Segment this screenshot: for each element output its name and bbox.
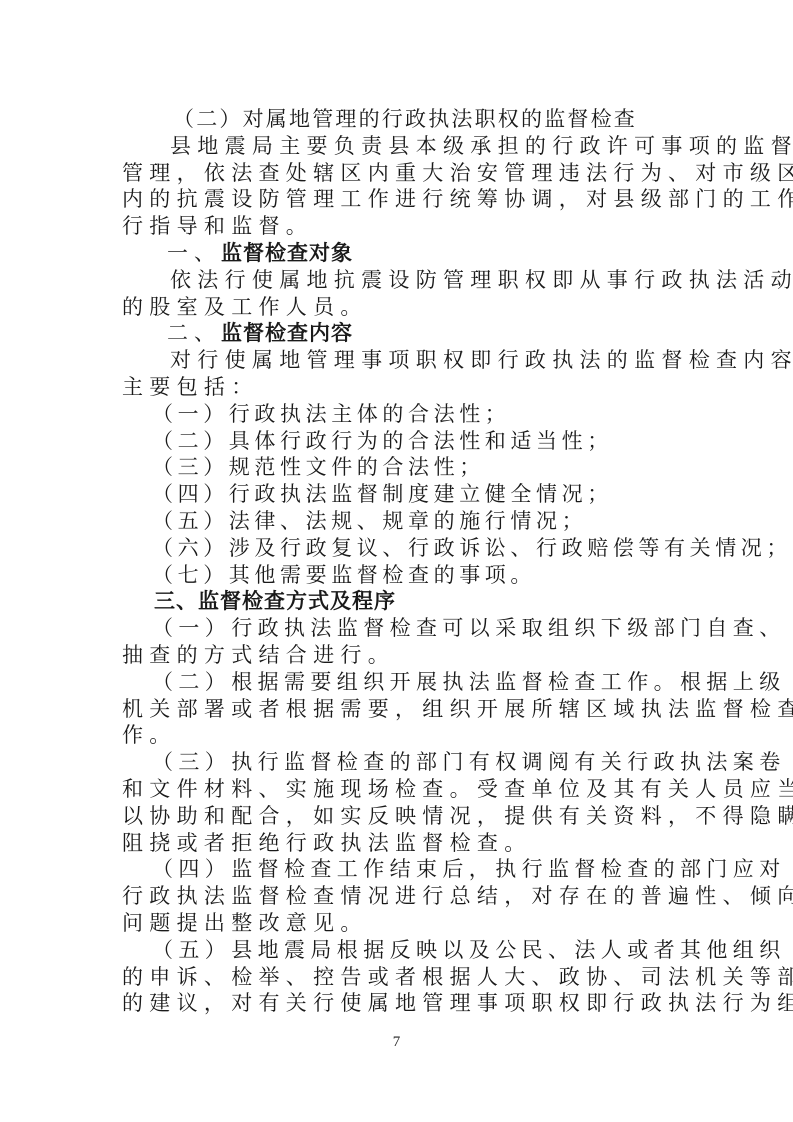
text-line: 和文件材料、实施现场检查。受查单位及其有关人员应当予 — [122, 776, 678, 803]
intro-paragraph: 县地震局主要负责县本级承担的行政许可事项的监督 管理，依法查处辖区内重大治安管理… — [122, 133, 678, 240]
text-line: （一）行政执法监督检查可以采取组织下级部门自查、 — [122, 615, 678, 642]
text-line: 行指导和监督。 — [122, 213, 678, 240]
text-line: 依法行使属地抗震设防管理职权即从事行政执法活动 — [122, 267, 678, 294]
section-title: （二）对属地管理的行政执法职权的监督检查 — [122, 106, 678, 133]
text-line: 阻挠或者拒绝行政执法监督检查。 — [122, 830, 678, 857]
content-list: （一）行政执法主体的合法性； （二）具体行政行为的合法性和适当性； （三）规范性… — [122, 401, 678, 589]
text-line: 机关部署或者根据需要，组织开展所辖区域执法监督检查工 — [122, 696, 678, 723]
text-line: （四）监督检查工作结束后，执行监督检查的部门应对 — [122, 856, 678, 883]
text-line: 的申诉、检举、控告或者根据人大、政协、司法机关等部门 — [122, 964, 678, 991]
text-line: 对行使属地管理事项职权即行政执法的监督检查内容 — [122, 347, 678, 374]
list-item: （一）行政执法主体的合法性； — [122, 401, 678, 428]
text-line: 以协助和配合，如实反映情况，提供有关资料，不得隐瞒、 — [122, 803, 678, 830]
heading-prefix: 二、 — [167, 321, 221, 345]
list-item: （七）其他需要监督检查的事项。 — [122, 562, 678, 589]
document-page: （二）对属地管理的行政执法职权的监督检查 县地震局主要负责县本级承担的行政许可事… — [0, 0, 793, 1122]
text-line: 的建议，对有关行使属地管理事项职权即行政执法行为组织 — [122, 990, 678, 1017]
list-item: （三）规范性文件的合法性； — [122, 454, 678, 481]
procedure-paragraph-4: （四）监督检查工作结束后，执行监督检查的部门应对 行政执法监督检查情况进行总结，… — [122, 856, 678, 936]
heading-prefix: 三、 — [154, 589, 198, 613]
procedure-paragraph-5: （五）县地震局根据反映以及公民、法人或者其他组织 的申诉、检举、控告或者根据人大… — [122, 937, 678, 1017]
text-line: （二）根据需要组织开展执法监督检查工作。根据上级 — [122, 669, 678, 696]
list-item: （四）行政执法监督制度建立健全情况； — [122, 481, 678, 508]
text-line: 抽查的方式结合进行。 — [122, 642, 678, 669]
procedure-paragraph-1: （一）行政执法监督检查可以采取组织下级部门自查、 抽查的方式结合进行。 — [122, 615, 678, 669]
text-line: （五）县地震局根据反映以及公民、法人或者其他组织 — [122, 937, 678, 964]
heading-text: 监督检查对象 — [221, 241, 353, 265]
section-3-heading: 三、监督检查方式及程序 — [122, 588, 678, 615]
document-body: （二）对属地管理的行政执法职权的监督检查 县地震局主要负责县本级承担的行政许可事… — [122, 106, 678, 1017]
list-item: （五）法律、法规、规章的施行情况； — [122, 508, 678, 535]
heading-text: 监督检查内容 — [221, 321, 353, 345]
heading-prefix: 一、 — [167, 241, 221, 265]
list-item: （六）涉及行政复议、行政诉讼、行政赔偿等有关情况； — [122, 535, 678, 562]
procedure-paragraph-2: （二）根据需要组织开展执法监督检查工作。根据上级 机关部署或者根据需要，组织开展… — [122, 669, 678, 749]
section-1-heading: 一、监督检查对象 — [122, 240, 678, 267]
text-line: 的股室及工作人员。 — [122, 294, 678, 321]
text-line: 行政执法监督检查情况进行总结，对存在的普遍性、倾向性 — [122, 883, 678, 910]
text-line: （三）执行监督检查的部门有权调阅有关行政执法案卷 — [122, 749, 678, 776]
heading-text: 监督检查方式及程序 — [198, 589, 396, 613]
procedure-paragraph-3: （三）执行监督检查的部门有权调阅有关行政执法案卷 和文件材料、实施现场检查。受查… — [122, 749, 678, 856]
text-line: 管理，依法查处辖区内重大治安管理违法行为、对市级区域 — [122, 160, 678, 187]
text-line: 问题提出整改意见。 — [122, 910, 678, 937]
section-2-heading: 二、监督检查内容 — [122, 320, 678, 347]
text-line: 县地震局主要负责县本级承担的行政许可事项的监督 — [122, 133, 678, 160]
text-line: 主要包括： — [122, 374, 678, 401]
text-line: 作。 — [122, 722, 678, 749]
page-number: 7 — [0, 1034, 793, 1051]
list-item: （二）具体行政行为的合法性和适当性； — [122, 428, 678, 455]
text-line: 内的抗震设防管理工作进行统筹协调，对县级部门的工作进 — [122, 186, 678, 213]
